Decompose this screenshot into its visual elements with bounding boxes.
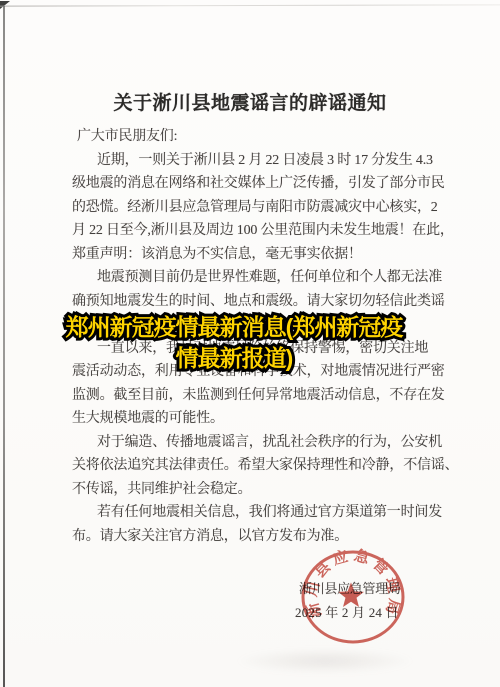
notice-line: 的恐慌。经淅川县应急管理局与南阳市防震减灾中心核实，2 [72,196,434,220]
official-seal-stamp: 淅川县应急管理局 [288,535,418,657]
notice-line: 生大规模地震的可能性。 [72,407,434,431]
notice-line: 监测。截至目前，未监测到任何异常地震活动信息，不存在发 [72,384,434,408]
seal-arc-text: 淅川县应急管理局 [302,546,402,620]
notice-salutation: 广大市民朋友们: [72,125,434,149]
notice-line: 若有任何地震相关信息，我们将通过官方渠道第一时间发 [72,501,434,525]
notice-line: 确预知地震发生的时间、地点和震级。请大家切勿轻信此类谣 [72,290,434,314]
notice-line: 对于编造、传播地震谣言，扰乱社会秩序的行为，公安机 [72,431,434,455]
notice-line: 地震预测目前仍是世界性难题，任何单位和个人都无法准 [72,266,434,290]
notice-title: 关于淅川县地震谣言的辟谣通知 [0,88,500,115]
star-icon [338,582,364,607]
notice-line: 级地震的消息在网络和社交媒体上广泛传播，引发了部分市民 [72,172,434,196]
overlay-line: 郑州新冠疫情最新消息(郑州新冠疫 [0,312,484,343]
article-title-overlay: 郑州新冠疫情最新消息(郑州新冠疫 情最新报道) [0,312,484,374]
overlay-line: 情最新报道) [0,343,484,374]
document-photo: 关于淅川县地震谣言的辟谣通知 广大市民朋友们: 近期，一则关于淅川县 2 月 2… [0,0,500,687]
notice-line: 郑重声明：该消息为不实信息，毫无事实依据！ [72,243,434,267]
svg-text:淅川县应急管理局: 淅川县应急管理局 [302,546,402,620]
notice-line: 不传谣，共同维护社会稳定。 [72,478,434,502]
notice-line: 关将依法追究其法律责任。希望大家保持理性和冷静，不信谣、 [72,454,434,478]
notice-line: 月 22 日至今,淅川县及周边 100 公里范围内未发生地震！在此， [72,219,434,243]
notice-line: 近期，一则关于淅川县 2 月 22 日凌晨 3 时 17 分发生 4.3 [72,149,434,173]
paper-top-edge-line [0,4,500,6]
